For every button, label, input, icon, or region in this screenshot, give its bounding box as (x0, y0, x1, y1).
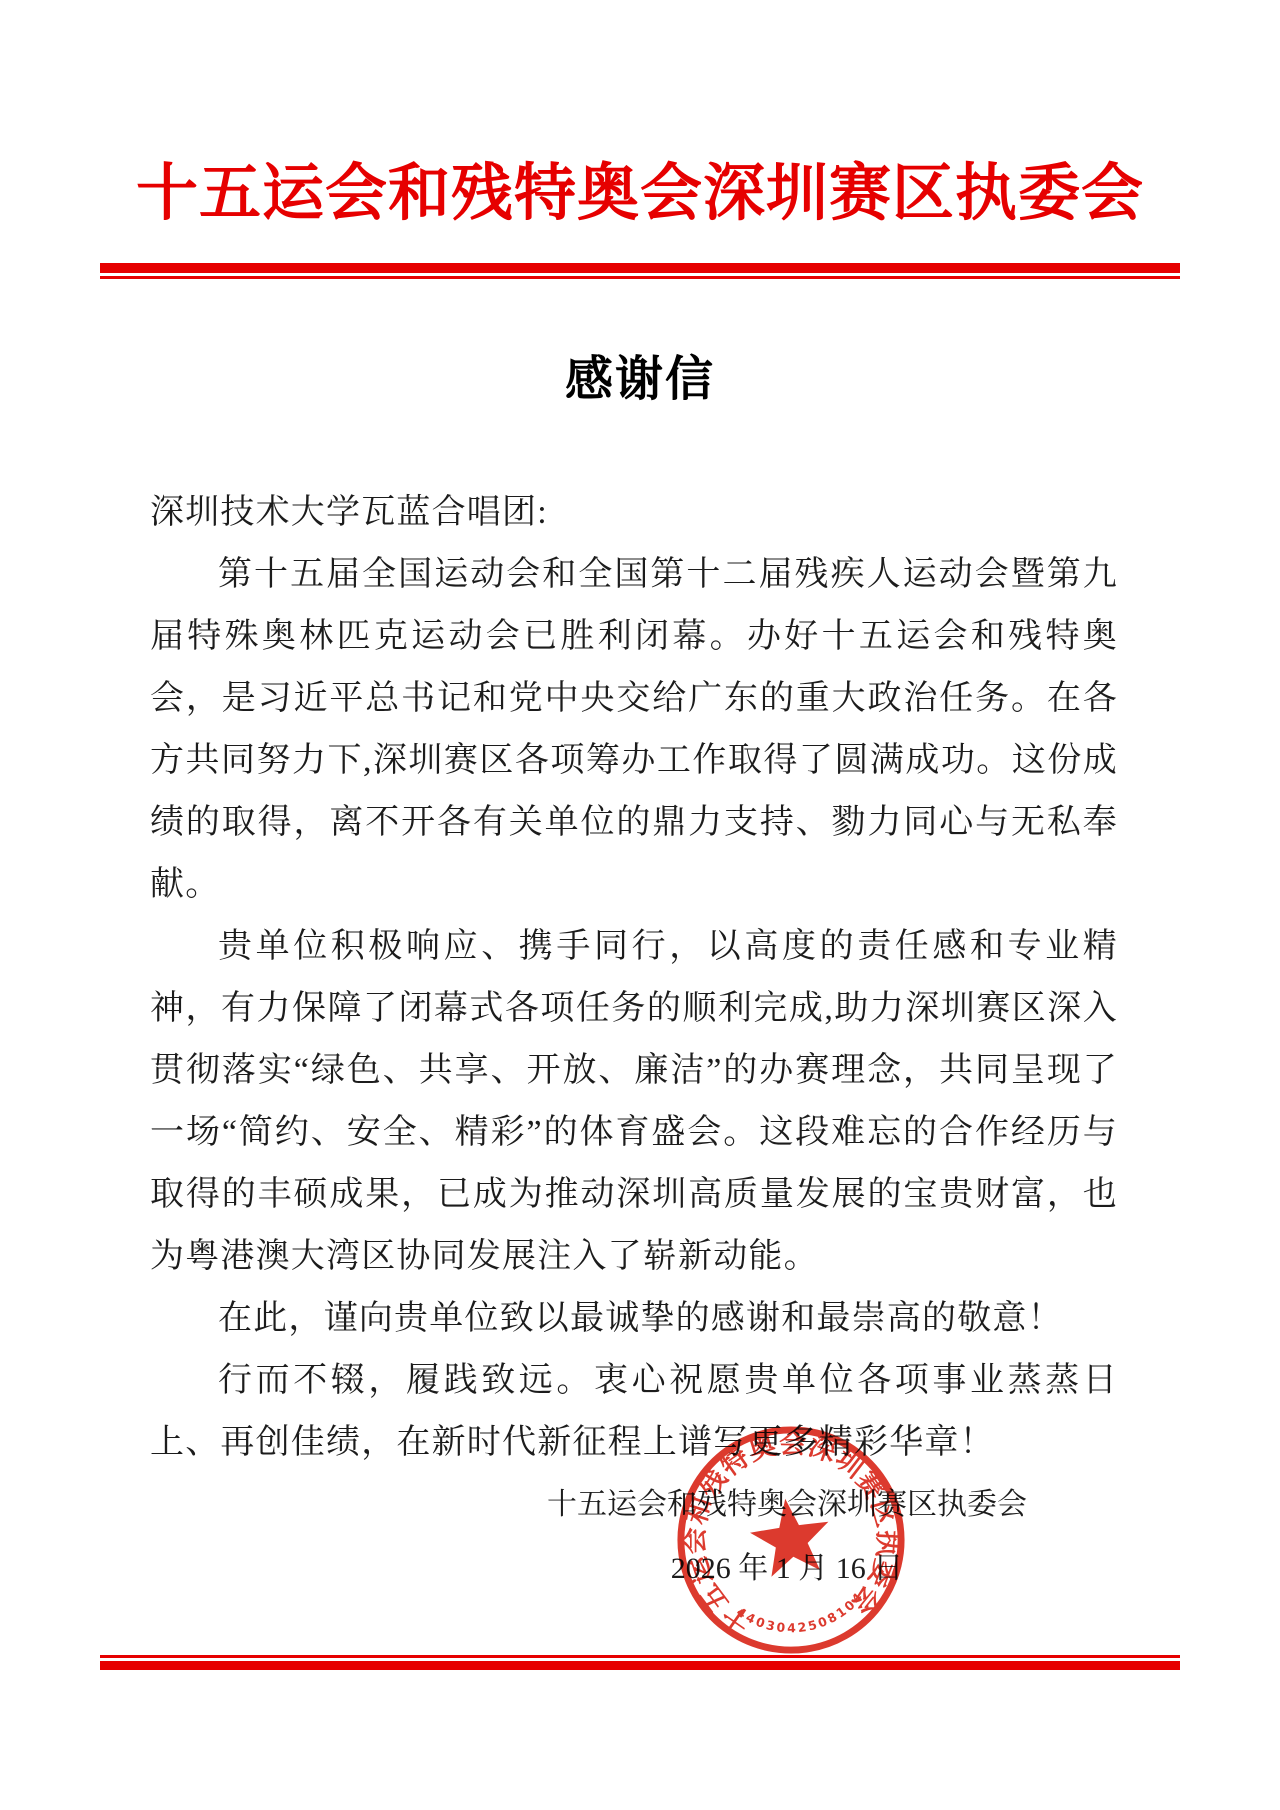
letter-body: 深圳技术大学瓦蓝合唱团: 第十五届全国运动会和全国第十二届残疾人运动会暨第九届特… (150, 482, 1118, 1474)
body-paragraph-1: 第十五届全国运动会和全国第十二届残疾人运动会暨第九届特殊奥林匹克运动会已胜利闭幕… (150, 544, 1118, 916)
letter-title: 感谢信 (0, 350, 1280, 410)
letter-page: 十五运会和残特奥会深圳赛区执委会 感谢信 深圳技术大学瓦蓝合唱团: 第十五届全国… (0, 0, 1280, 1810)
header-divider-thin-line (100, 276, 1180, 279)
letterhead-title: 十五运会和残特奥会深圳赛区执委会 (0, 158, 1280, 230)
seal-star-icon (746, 1493, 835, 1579)
footer-divider-thick-line (100, 1661, 1180, 1670)
header-divider-thick-line (100, 263, 1180, 273)
body-paragraph-2: 贵单位积极响应、携手同行，以高度的责任感和专业精神，有力保障了闭幕式各项任务的顺… (150, 916, 1118, 1288)
salutation: 深圳技术大学瓦蓝合唱团: (150, 482, 1118, 544)
official-seal-stamp: 十五运会和残特奥会深圳赛区执委会 4403042508104 (657, 1406, 926, 1675)
header-divider (100, 263, 1180, 279)
body-paragraph-4: 行而不辍，履践致远。衷心祝愿贵单位各项事业蒸蒸日上、再创佳绩，在新时代新征程上谱… (150, 1350, 1118, 1474)
body-paragraph-3: 在此，谨向贵单位致以最诚挚的感谢和最崇高的敬意！ (150, 1288, 1118, 1350)
footer-divider-thin-line (100, 1655, 1180, 1658)
footer-divider (100, 1655, 1180, 1670)
